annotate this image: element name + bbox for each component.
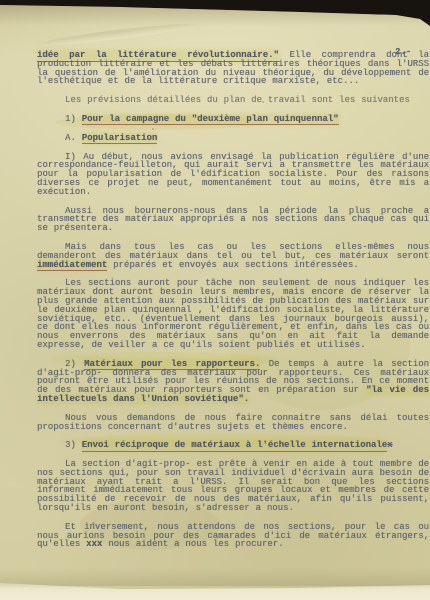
paragraph-s1-1: I) Au début, nous avions envisagé la pub…	[37, 153, 429, 197]
paper-bottom-edge-shadow	[0, 568, 430, 586]
heading-section-3: 3) Envoi réciproque de matériaux à l'éch…	[37, 441, 429, 450]
section-1a-title: Popularisation	[82, 133, 158, 145]
paragraph-intro: Les prévisions détaillées du plan de tra…	[37, 96, 429, 105]
s1-3-underlined-word: immédiatement	[37, 260, 107, 272]
s1-3-text-before: Mais dans tous les cas ou les sections e…	[37, 242, 429, 261]
s3-2-struck-word: xxx	[86, 539, 102, 549]
s3-2-text-after: nous aident a nous les procurer.	[108, 539, 283, 549]
paragraph-lead: idée par la littérature révolutionnaire.…	[37, 51, 429, 86]
paragraph-s2-1: 2) Matériaux pour les rapporteurs. De te…	[37, 360, 429, 404]
document-text: idée par la littérature révolutionnaire.…	[37, 51, 429, 559]
heading-section-1a: A. Popularisation	[37, 134, 429, 143]
paragraph-s2-2: Nous vous demandons de nous faire connai…	[37, 414, 429, 432]
paragraph-s3-2: Et inversement, nous attendons de nos se…	[37, 523, 429, 549]
section-3-title: Envoi réciproque de matériaux à l'échell…	[82, 440, 387, 452]
paragraph-s1-3: Mais dans tous les cas ou les sections e…	[37, 243, 429, 269]
heading-section-1: 1) Pour la campagne du "deuxième plan qu…	[37, 115, 429, 124]
paragraph-s3-1: La section d'agit-prop- est prête à veni…	[37, 460, 429, 513]
section-1-number: 1)	[65, 114, 76, 124]
section-1-title: Pour la campagne du "deuxième plan quinq…	[82, 114, 339, 126]
section-3-number: 3)	[65, 440, 76, 450]
s1-3-text-after: préparés et envoyés aux sections intéres…	[113, 260, 359, 270]
paper-top-edge-shadow	[0, 0, 430, 26]
paragraph-s1-2: Aussi nous bournerons-nous dans la pério…	[37, 207, 429, 233]
paragraph-s1-4: Les sections auront pour tâche non seule…	[37, 279, 429, 349]
section-1a-number: A.	[65, 133, 76, 143]
section-3-struck-char: x	[387, 440, 392, 450]
document-page: 2.- idée par la littérature révolutionna…	[0, 0, 430, 600]
scan-background: 2.- idée par la littérature révolutionna…	[0, 0, 430, 600]
